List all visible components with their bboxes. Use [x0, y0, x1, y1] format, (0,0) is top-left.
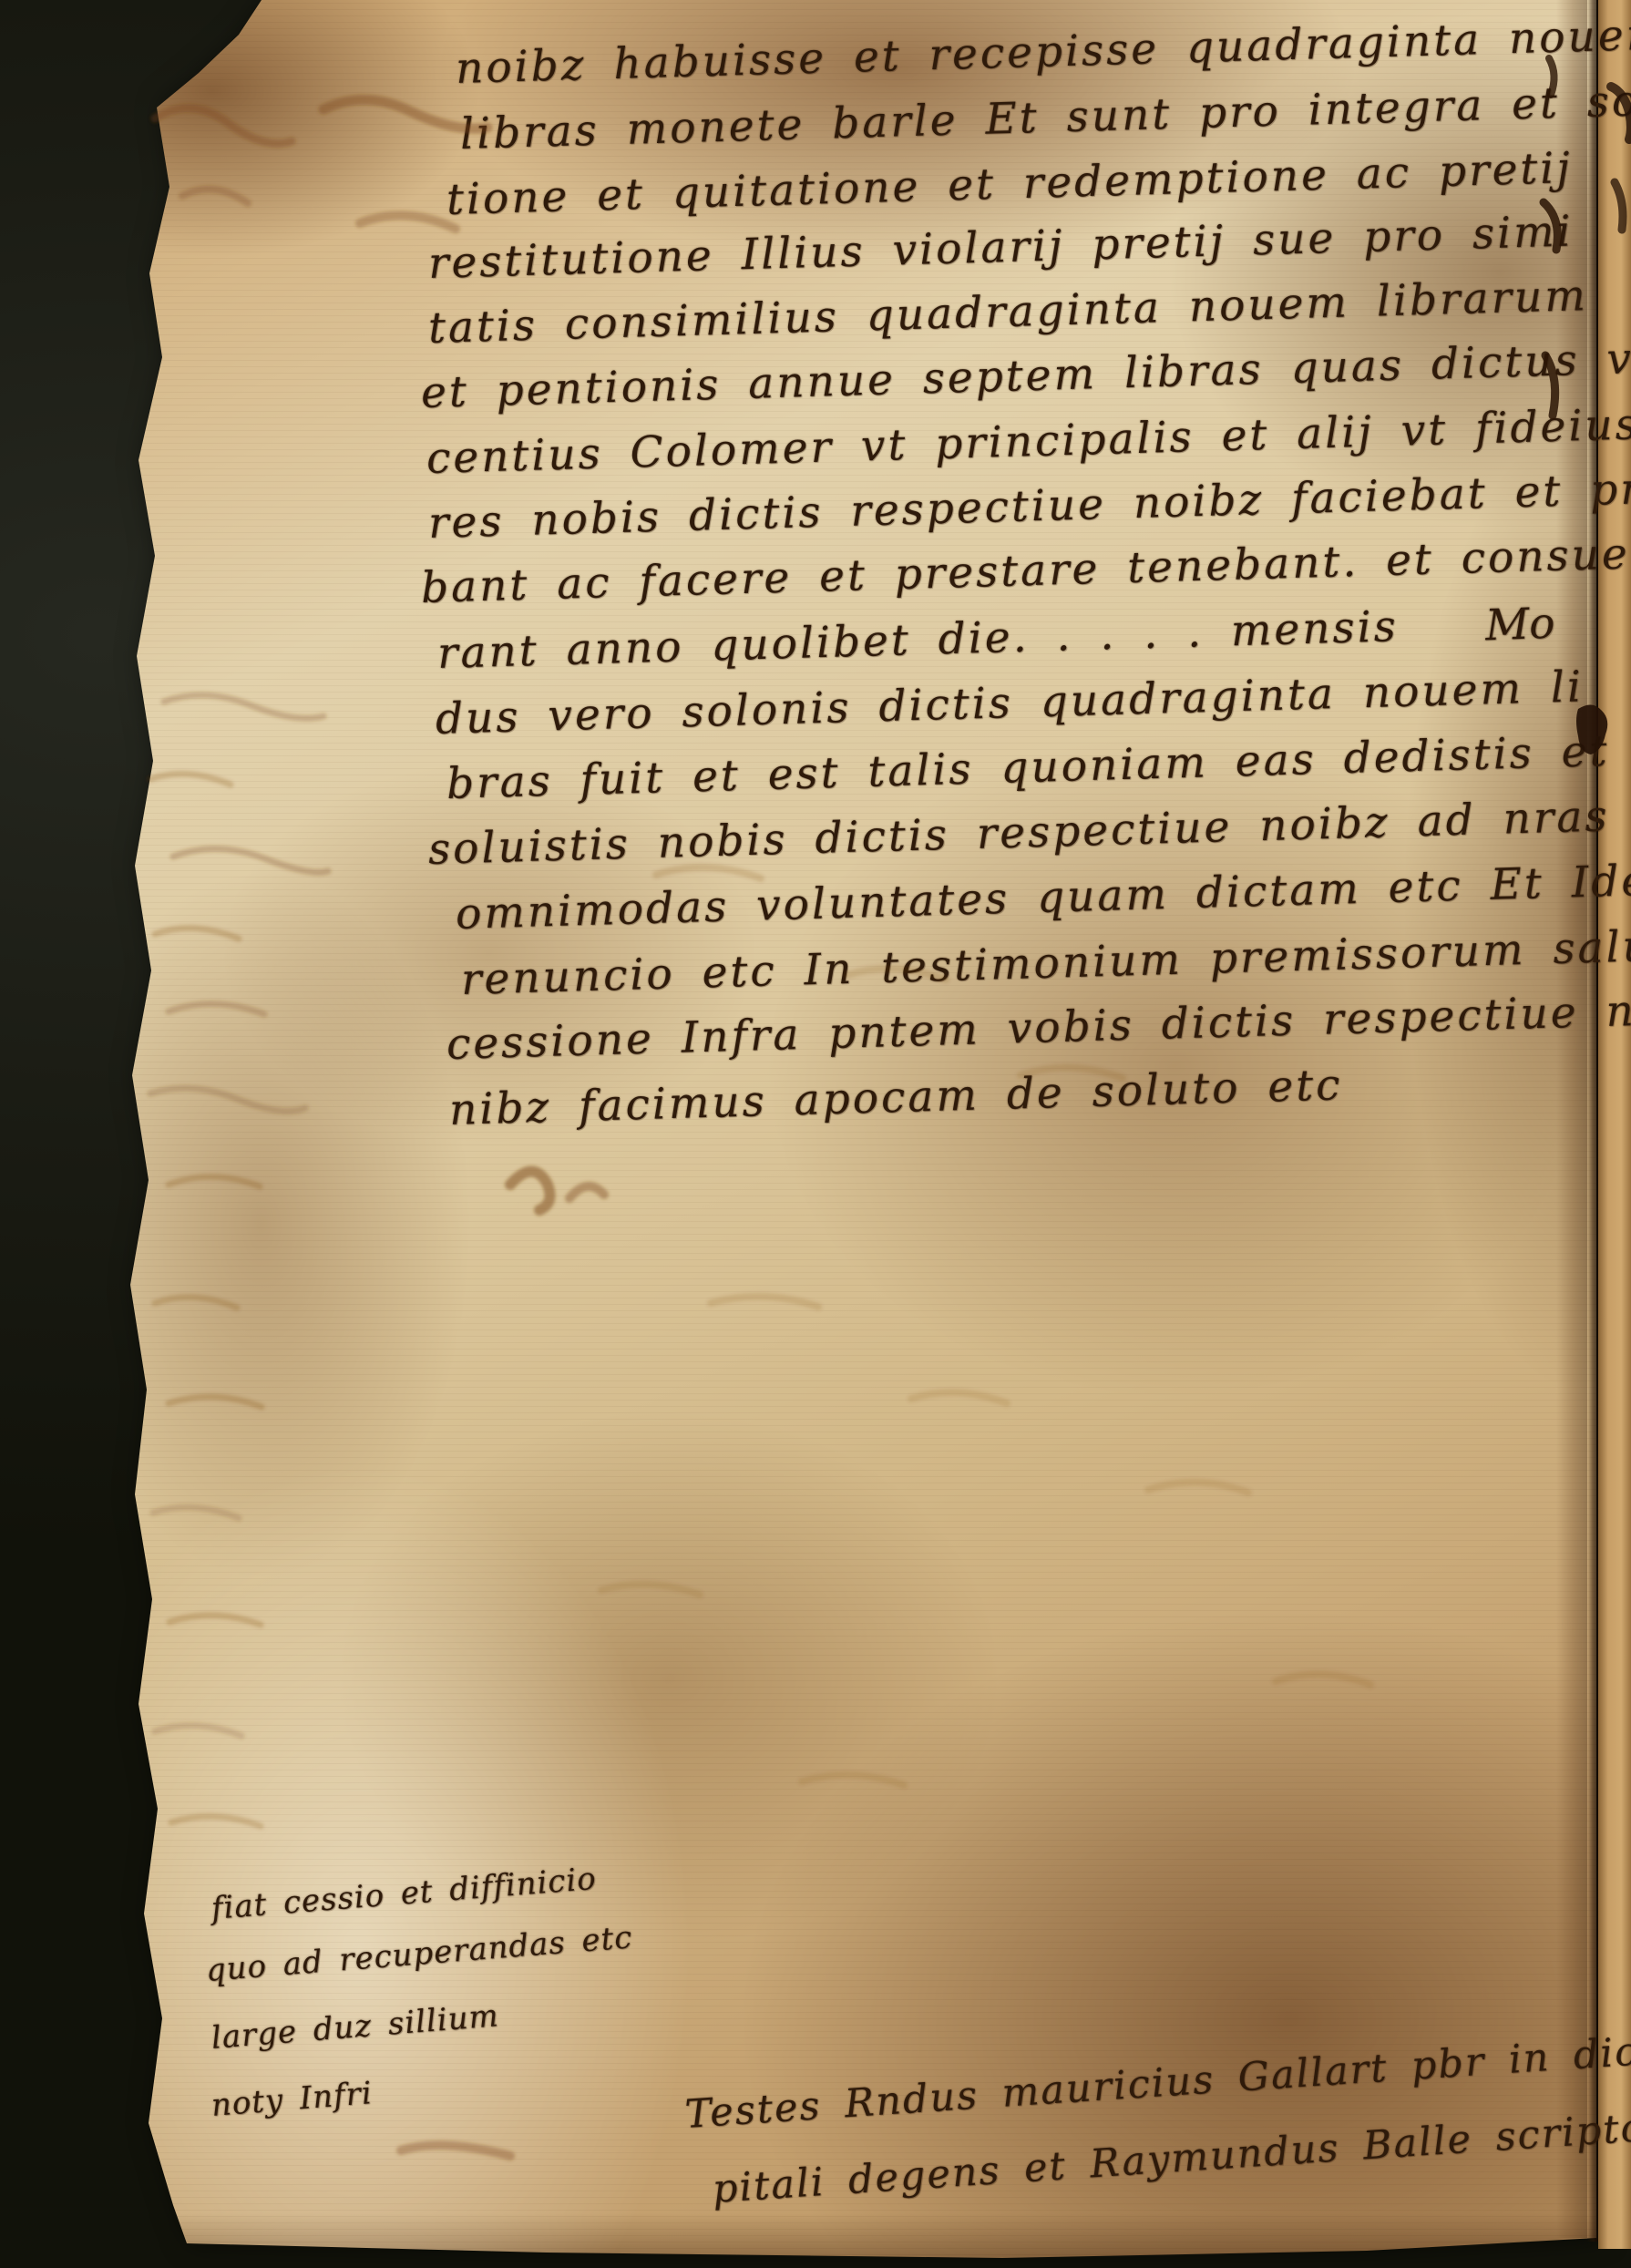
- manuscript-page: noibz habuisse et recepisse quadraginta …: [0, 0, 1631, 2268]
- catchword: Mo: [1484, 602, 1555, 648]
